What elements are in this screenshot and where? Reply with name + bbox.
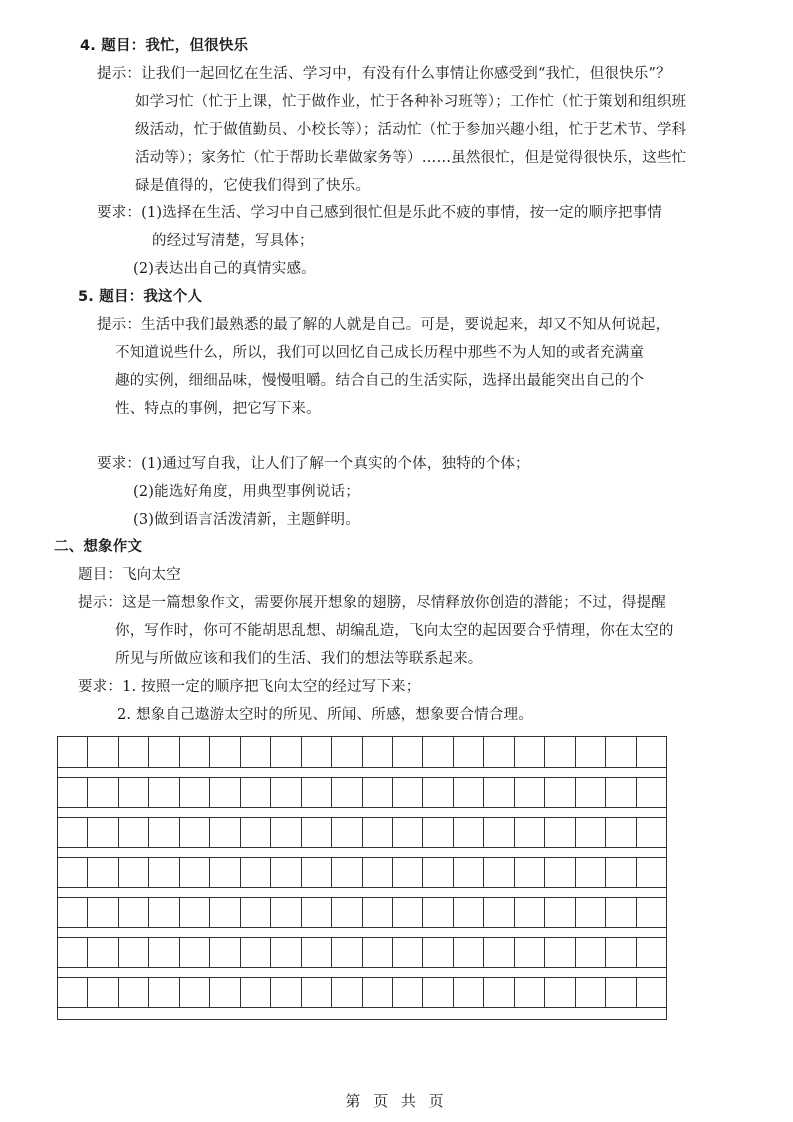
- topic-5-requirement-line: 要求：(1)通过写自我，让人们了解一个真实的个体，独特的个体；: [97, 454, 530, 474]
- grid-cell: [302, 737, 332, 767]
- grid-cell: [637, 778, 666, 807]
- grid-cell: [484, 898, 514, 927]
- grid-cell: [88, 898, 118, 927]
- grid-cell: [637, 858, 666, 887]
- grid-cell: [271, 737, 301, 767]
- part-2-hint-line: 你，写作时，你可不能胡思乱想、胡编乱造，飞向太空的起因要合乎情理，你在太空的: [115, 621, 674, 641]
- grid-cell: [180, 858, 210, 887]
- grid-cell: [393, 938, 423, 967]
- grid-cell: [515, 737, 545, 767]
- grid-row: [58, 897, 666, 928]
- grid-cell: [393, 898, 423, 927]
- grid-cell: [637, 898, 666, 927]
- grid-cell: [241, 938, 271, 967]
- part-2-title: 题目：飞向太空: [78, 565, 181, 585]
- grid-cell: [576, 898, 606, 927]
- grid-cell: [576, 737, 606, 767]
- grid-cell: [88, 978, 118, 1007]
- grid-cell: [271, 778, 301, 807]
- grid-cell: [515, 898, 545, 927]
- topic-4-hint-line: 提示：让我们一起回忆在生活、学习中，有没有什么事情让你感受到“我忙，但很快乐”？: [97, 64, 671, 84]
- grid-cell: [484, 778, 514, 807]
- grid-cell: [515, 858, 545, 887]
- grid-cell: [393, 778, 423, 807]
- grid-cell: [576, 858, 606, 887]
- grid-cell: [271, 938, 301, 967]
- grid-cell: [637, 737, 666, 767]
- topic-4-hint-line: 碌是值得的，它使我们得到了快乐。: [135, 176, 370, 196]
- grid-cell: [545, 818, 575, 847]
- topic-4-title: 4. 题目：我忙，但很快乐: [80, 36, 248, 56]
- grid-cell: [484, 858, 514, 887]
- grid-cell: [363, 858, 393, 887]
- grid-cell: [119, 778, 149, 807]
- grid-row: [58, 977, 666, 1008]
- grid-cell: [119, 898, 149, 927]
- grid-row: [58, 777, 666, 808]
- grid-cell: [58, 778, 88, 807]
- grid-cell: [210, 898, 240, 927]
- topic-5-requirement-line: (2)能选好角度，用典型事例说话；: [133, 482, 360, 502]
- grid-cell: [210, 938, 240, 967]
- grid-cell: [606, 978, 636, 1007]
- topic-4-hint-line: 级活动，忙于做值勤员、小校长等）；活动忙（忙于参加兴趣小组，忙于艺术节、学科: [135, 120, 686, 140]
- grid-cell: [637, 978, 666, 1007]
- grid-cell: [363, 978, 393, 1007]
- grid-cell: [149, 898, 179, 927]
- part-2-requirement-line: 2. 想象自己遨游太空时的所见、所闻、所感，想象要合情合理。: [117, 705, 533, 725]
- grid-cell: [271, 978, 301, 1007]
- topic-5-title: 5. 题目：我这个人: [78, 287, 202, 307]
- grid-cell: [302, 858, 332, 887]
- page-footer: 第 页 共 页: [0, 1090, 793, 1111]
- grid-cell: [149, 818, 179, 847]
- grid-cell: [423, 737, 453, 767]
- grid-cell: [302, 898, 332, 927]
- grid-cell: [302, 818, 332, 847]
- grid-cell: [241, 898, 271, 927]
- grid-cell: [484, 978, 514, 1007]
- grid-cell: [180, 938, 210, 967]
- grid-cell: [88, 818, 118, 847]
- grid-cell: [302, 938, 332, 967]
- grid-cell: [332, 737, 362, 767]
- grid-cell: [180, 737, 210, 767]
- grid-cell: [271, 858, 301, 887]
- grid-cell: [454, 898, 484, 927]
- grid-cell: [454, 978, 484, 1007]
- grid-row: [58, 937, 666, 968]
- grid-cell: [363, 898, 393, 927]
- grid-cell: [545, 778, 575, 807]
- grid-cell: [545, 858, 575, 887]
- part-2-hint-line: 所见与所做应该和我们的生活、我们的想法等联系起来。: [115, 649, 483, 669]
- grid-cell: [241, 818, 271, 847]
- grid-cell: [484, 737, 514, 767]
- grid-cell: [576, 818, 606, 847]
- grid-cell: [149, 778, 179, 807]
- grid-cell: [515, 938, 545, 967]
- topic-4-hint-line: 活动等）；家务忙（忙于帮助长辈做家务等）……虽然很忙，但是觉得很快乐，这些忙: [135, 148, 686, 168]
- grid-cell: [332, 978, 362, 1007]
- grid-cell: [302, 778, 332, 807]
- topic-5-hint-line: 不知道说些什么，所以，我们可以回忆自己成长历程中那些不为人知的或者充满童: [115, 343, 644, 363]
- grid-cell: [454, 858, 484, 887]
- grid-cell: [58, 898, 88, 927]
- grid-cell: [302, 978, 332, 1007]
- grid-cell: [241, 858, 271, 887]
- grid-cell: [88, 938, 118, 967]
- grid-cell: [210, 818, 240, 847]
- topic-4-requirement-line: 要求：(1)选择在生活、学习中自己感到很忙但是乐此不疲的事情，按一定的顺序把事情: [97, 203, 662, 223]
- grid-cell: [606, 938, 636, 967]
- grid-cell: [363, 778, 393, 807]
- grid-cell: [241, 737, 271, 767]
- grid-cell: [180, 978, 210, 1007]
- grid-cell: [149, 938, 179, 967]
- grid-cell: [332, 778, 362, 807]
- grid-cell: [241, 778, 271, 807]
- grid-cell: [88, 778, 118, 807]
- grid-cell: [180, 778, 210, 807]
- grid-cell: [423, 938, 453, 967]
- grid-cell: [545, 898, 575, 927]
- grid-cell: [332, 818, 362, 847]
- grid-cell: [484, 938, 514, 967]
- grid-cell: [393, 858, 423, 887]
- grid-cell: [515, 778, 545, 807]
- grid-cell: [149, 978, 179, 1007]
- grid-cell: [363, 818, 393, 847]
- grid-cell: [454, 737, 484, 767]
- grid-cell: [58, 858, 88, 887]
- grid-cell: [606, 737, 636, 767]
- topic-4-requirement-line: (2)表达出自己的真情实感。: [133, 259, 316, 279]
- grid-cell: [576, 938, 606, 967]
- grid-cell: [423, 978, 453, 1007]
- grid-cell: [545, 938, 575, 967]
- grid-cell: [88, 737, 118, 767]
- grid-cell: [606, 858, 636, 887]
- grid-cell: [149, 737, 179, 767]
- grid-cell: [119, 818, 149, 847]
- grid-cell: [454, 778, 484, 807]
- grid-cell: [180, 818, 210, 847]
- grid-cell: [180, 898, 210, 927]
- topic-5-requirement-line: (3)做到语言活泼清新，主题鲜明。: [133, 510, 360, 530]
- part-2-requirement-line: 要求：1. 按照一定的顺序把飞向太空的经过写下来；: [78, 677, 420, 697]
- grid-cell: [576, 978, 606, 1007]
- grid-row: [58, 737, 666, 768]
- grid-cell: [210, 978, 240, 1007]
- grid-cell: [149, 858, 179, 887]
- grid-cell: [423, 778, 453, 807]
- grid-cell: [363, 737, 393, 767]
- grid-cell: [606, 818, 636, 847]
- grid-cell: [637, 938, 666, 967]
- grid-cell: [119, 858, 149, 887]
- grid-cell: [332, 858, 362, 887]
- topic-4-hint-line: 如学习忙（忙于上课，忙于做作业，忙于各种补习班等）；工作忙（忙于策划和组织班: [135, 92, 686, 112]
- grid-cell: [393, 818, 423, 847]
- grid-cell: [332, 898, 362, 927]
- grid-row: [58, 857, 666, 888]
- grid-cell: [363, 938, 393, 967]
- grid-cell: [332, 938, 362, 967]
- grid-cell: [241, 978, 271, 1007]
- topic-5-hint-line: 提示：生活中我们最熟悉的最了解的人就是自己。可是，要说起来，却又不知从何说起，: [97, 315, 670, 335]
- grid-cell: [515, 818, 545, 847]
- grid-cell: [393, 737, 423, 767]
- grid-cell: [606, 778, 636, 807]
- grid-cell: [119, 938, 149, 967]
- grid-cell: [271, 898, 301, 927]
- grid-cell: [271, 818, 301, 847]
- topic-5-hint-line: 性、特点的事例，把它写下来。: [115, 399, 321, 419]
- grid-cell: [423, 818, 453, 847]
- grid-cell: [210, 858, 240, 887]
- grid-row: [58, 817, 666, 848]
- grid-cell: [58, 978, 88, 1007]
- topic-4-requirement-line: 的经过写清楚，写具体；: [152, 231, 314, 251]
- grid-cell: [423, 858, 453, 887]
- grid-cell: [454, 938, 484, 967]
- grid-cell: [606, 898, 636, 927]
- part-2-hint-line: 提示：这是一篇想象作文，需要你展开想象的翅膀，尽情释放你创造的潜能；不过，得提醒: [78, 593, 666, 613]
- grid-cell: [119, 978, 149, 1007]
- grid-cell: [58, 737, 88, 767]
- grid-cell: [637, 818, 666, 847]
- grid-cell: [515, 978, 545, 1007]
- grid-cell: [119, 737, 149, 767]
- grid-cell: [545, 737, 575, 767]
- grid-cell: [88, 858, 118, 887]
- grid-cell: [484, 818, 514, 847]
- grid-cell: [423, 898, 453, 927]
- grid-cell: [58, 938, 88, 967]
- grid-cell: [545, 978, 575, 1007]
- grid-cell: [393, 978, 423, 1007]
- grid-cell: [210, 737, 240, 767]
- topic-5-hint-line: 趣的实例，细细品味，慢慢咀嚼。结合自己的生活实际，选择出最能突出自己的个: [115, 371, 644, 391]
- grid-cell: [454, 818, 484, 847]
- writing-grid: [57, 736, 667, 1020]
- grid-cell: [210, 778, 240, 807]
- grid-cell: [58, 818, 88, 847]
- grid-cell: [576, 778, 606, 807]
- part-2-heading: 二、想象作文: [54, 537, 142, 557]
